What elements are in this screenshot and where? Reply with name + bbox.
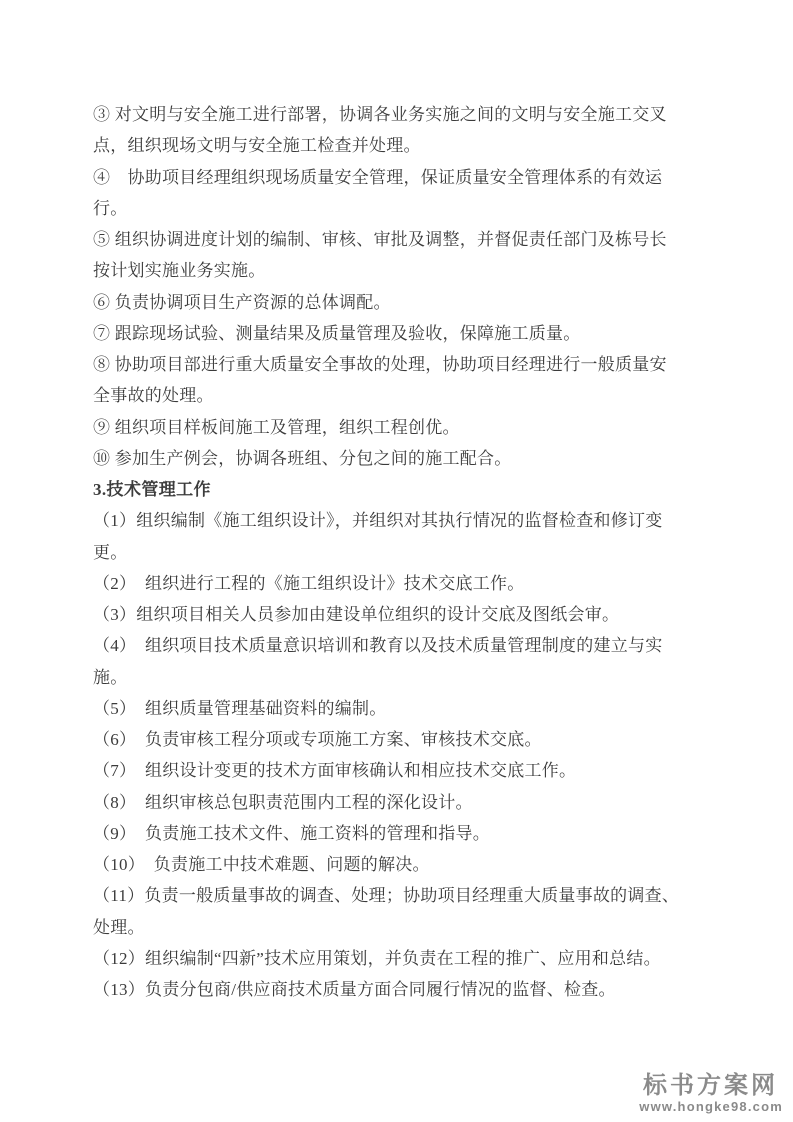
document-content: ③ 对文明与安全施工进行部署，协调各业务实施之间的文明与安全施工交叉点，组织现场… (93, 99, 713, 1005)
text-line: 点，组织现场文明与安全施工检查并处理。 (93, 130, 713, 161)
text-line: ⑨ 组织项目样板间施工及管理，组织工程创优。 (93, 412, 713, 443)
watermark: 标书方案网 www.hongke98.com (639, 1072, 783, 1114)
section-heading: 3.技术管理工作 (93, 474, 713, 505)
text-line: 更。 (93, 537, 713, 568)
text-line: （1）组织编制《施工组织设计》，并组织对其执行情况的监督检查和修订变 (93, 505, 713, 536)
watermark-site-name: 标书方案网 (639, 1072, 778, 1099)
text-line: 行。 (93, 193, 713, 224)
text-line: （5） 组织质量管理基础资料的编制。 (93, 693, 713, 724)
document-page: ③ 对文明与安全施工进行部署，协调各业务实施之间的文明与安全施工交叉点，组织现场… (0, 0, 793, 1122)
text-line: ④ 协助项目经理组织现场质量安全管理，保证质量安全管理体系的有效运 (93, 162, 713, 193)
text-line: （13）负责分包商/供应商技术质量方面合同履行情况的监督、检查。 (93, 974, 713, 1005)
text-line: （9） 负责施工技术文件、施工资料的管理和指导。 (93, 818, 713, 849)
text-line: 施。 (93, 662, 713, 693)
text-line: （2） 组织进行工程的《施工组织设计》技术交底工作。 (93, 568, 713, 599)
text-line: ⑧ 协助项目部进行重大质量安全事故的处理，协助项目经理进行一般质量安 (93, 349, 713, 380)
text-line: （10） 负责施工中技术难题、问题的解决。 (93, 849, 713, 880)
text-line: 全事故的处理。 (93, 380, 713, 411)
text-line: （11）负责一般质量事故的调查、处理；协助项目经理重大质量事故的调查、 (93, 880, 713, 911)
text-line: （4） 组织项目技术质量意识培训和教育以及技术质量管理制度的建立与实 (93, 630, 713, 661)
watermark-site-url: www.hongke98.com (639, 1099, 783, 1114)
text-line: ③ 对文明与安全施工进行部署，协调各业务实施之间的文明与安全施工交叉 (93, 99, 713, 130)
text-line: ⑩ 参加生产例会，协调各班组、分包之间的施工配合。 (93, 443, 713, 474)
text-line: ⑥ 负责协调项目生产资源的总体调配。 (93, 287, 713, 318)
text-line: （3）组织项目相关人员参加由建设单位组织的设计交底及图纸会审。 (93, 599, 713, 630)
text-line: （8） 组织审核总包职责范围内工程的深化设计。 (93, 787, 713, 818)
text-line: （12）组织编制“四新”技术应用策划，并负责在工程的推广、应用和总结。 (93, 943, 713, 974)
text-line: ⑦ 跟踪现场试验、测量结果及质量管理及验收，保障施工质量。 (93, 318, 713, 349)
text-line: （7） 组织设计变更的技术方面审核确认和相应技术交底工作。 (93, 755, 713, 786)
text-line: （6） 负责审核工程分项或专项施工方案、审核技术交底。 (93, 724, 713, 755)
text-line: 按计划实施业务实施。 (93, 255, 713, 286)
text-line: ⑤ 组织协调进度计划的编制、审核、审批及调整，并督促责任部门及栋号长 (93, 224, 713, 255)
text-line: 处理。 (93, 912, 713, 943)
